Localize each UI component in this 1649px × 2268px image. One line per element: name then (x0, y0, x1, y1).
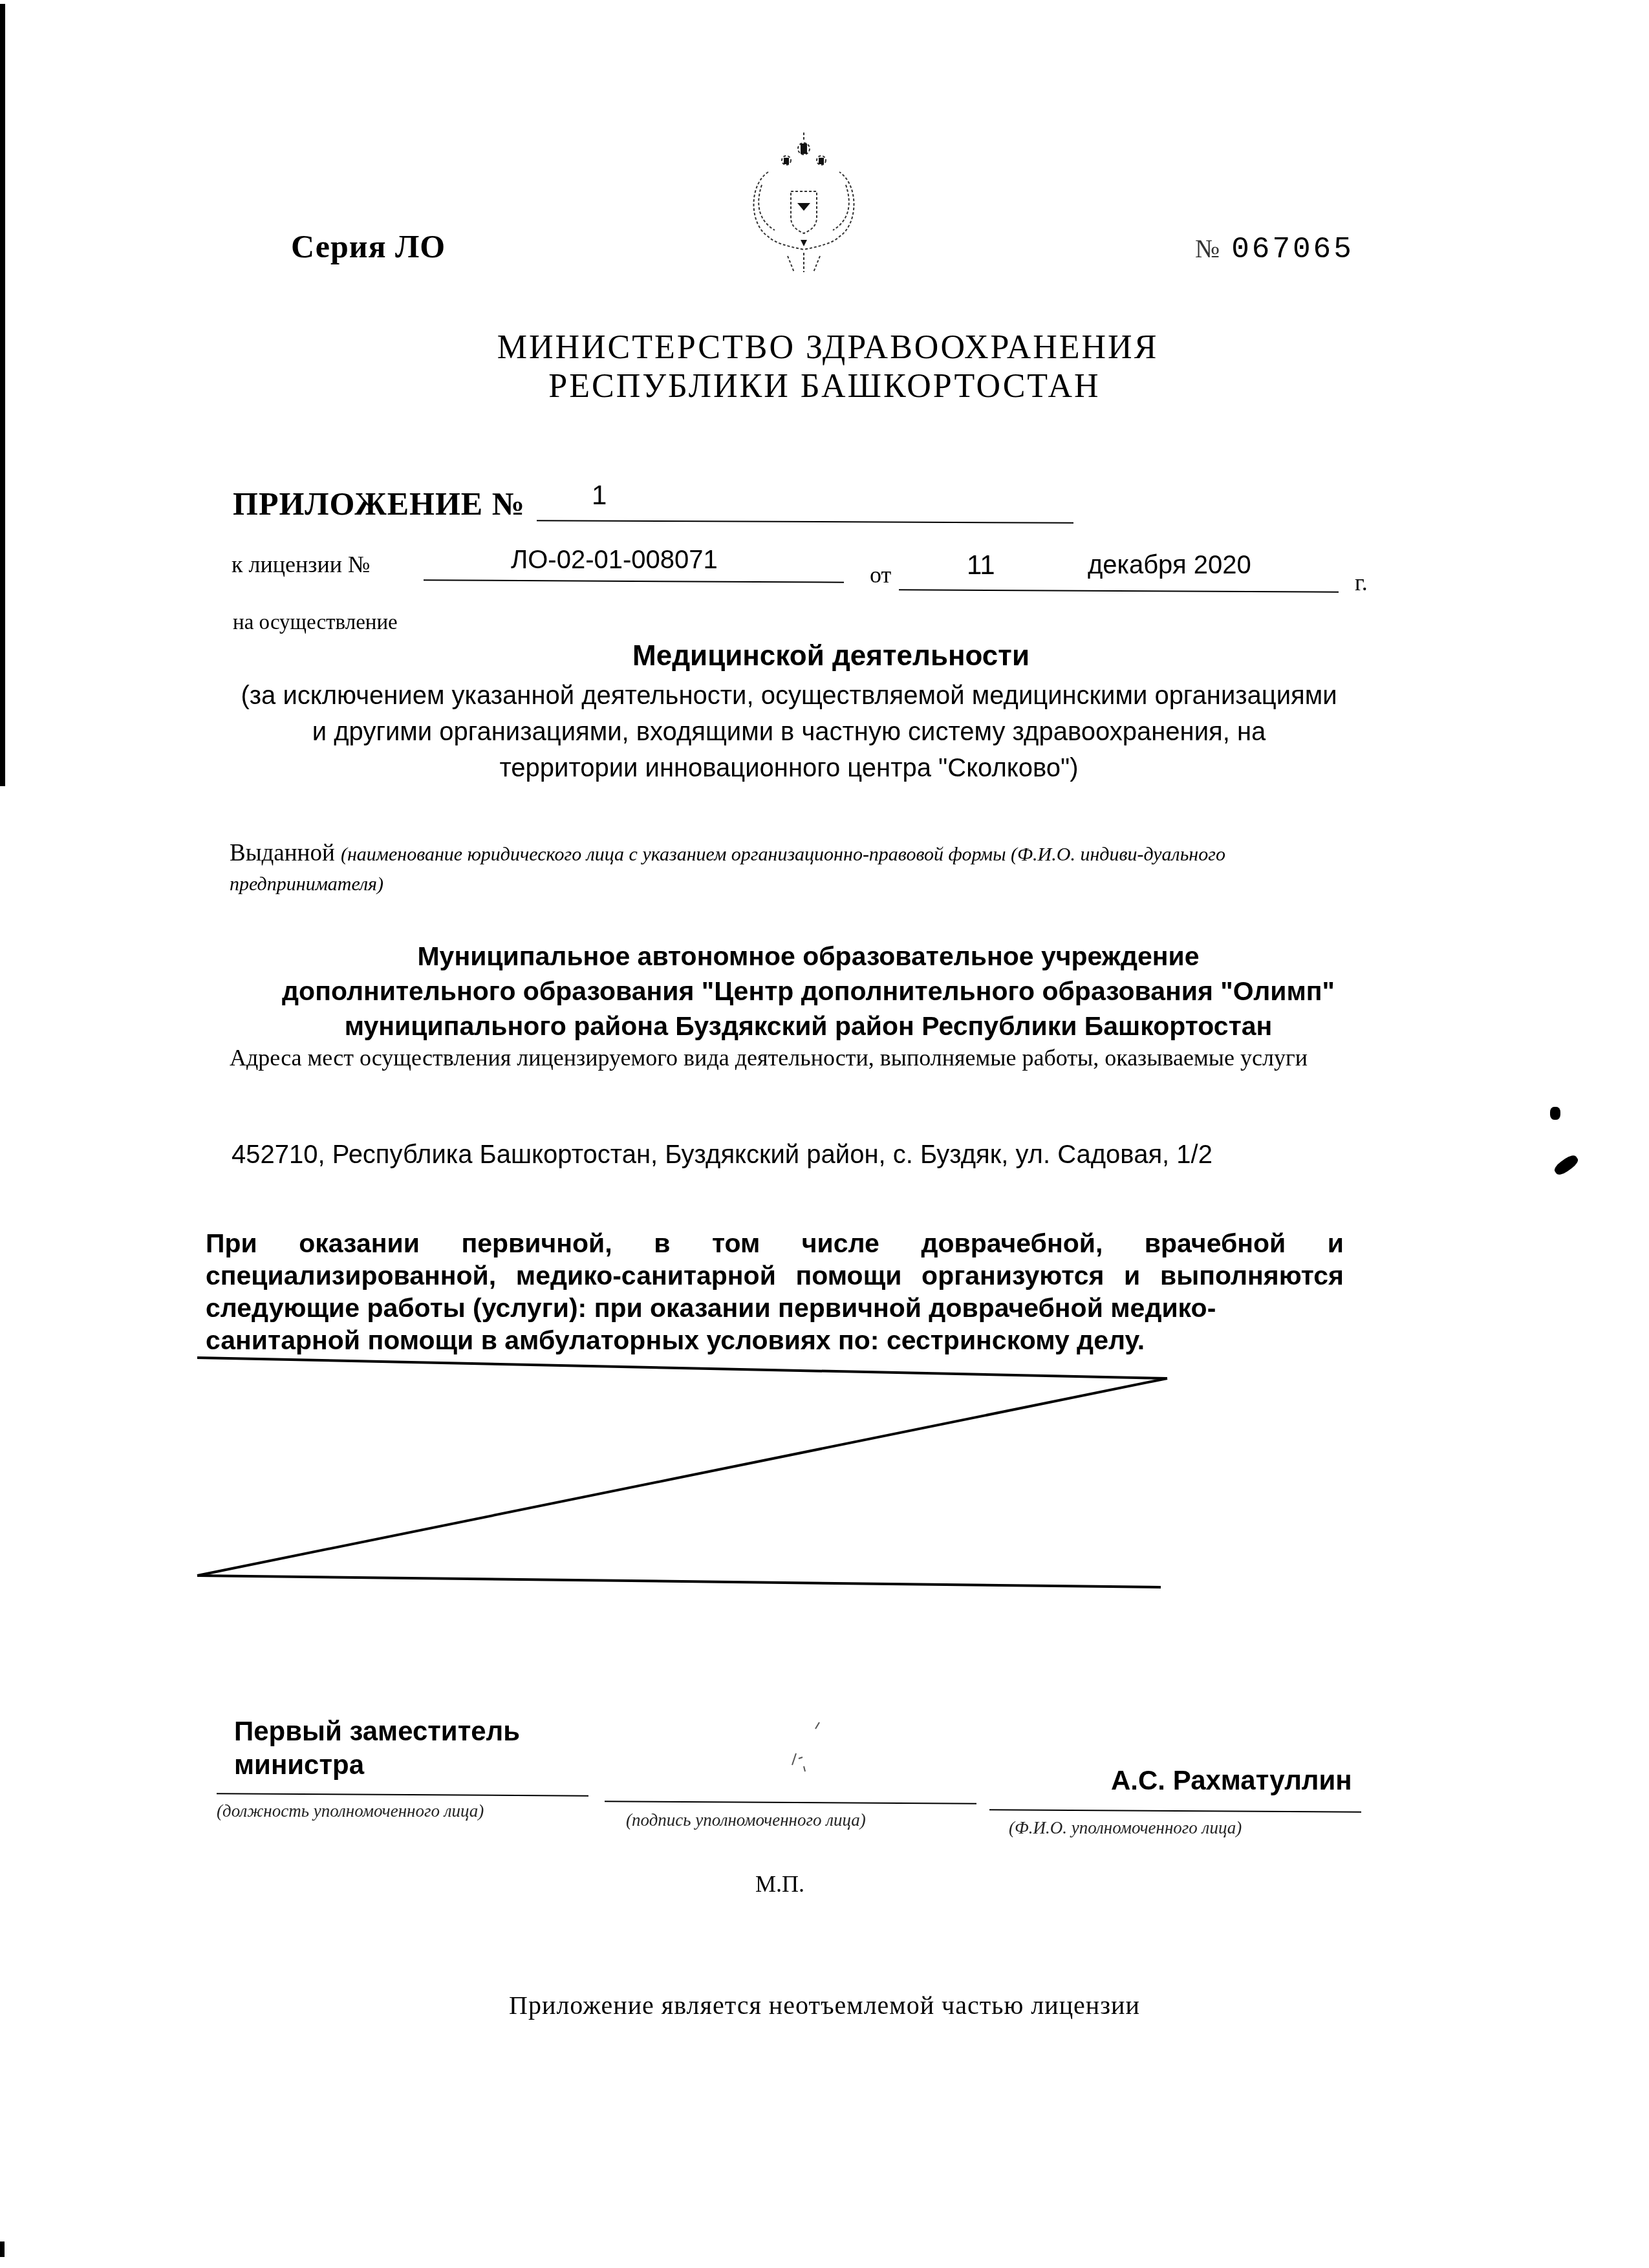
signatory-name: А.С. Рахматуллин (1111, 1765, 1352, 1796)
year-suffix: г. (1355, 569, 1368, 596)
license-date-day: 11 (967, 550, 995, 581)
appendix-underline (537, 520, 1073, 524)
coat-of-arms-icon (729, 127, 878, 275)
issued-to-hint: (наименование юридического лица с указан… (230, 844, 1225, 895)
organization-name-line: дополнительного образования "Центр допол… (220, 974, 1397, 1009)
name-caption: (Ф.И.О. уполномоченного лица) (1009, 1818, 1242, 1838)
issuer-line-1: МИНИСТЕРСТВО ЗДРАВООХРАНЕНИЯ (0, 328, 1649, 367)
activity-title: Медицинской деятельности (0, 640, 1649, 672)
scan-speck (1552, 1153, 1580, 1177)
issuer-title: МИНИСТЕРСТВО ЗДРАВООХРАНЕНИЯ РЕСПУБЛИКИ … (0, 328, 1649, 406)
signature-underline (605, 1801, 976, 1804)
form-number-value: 067065 (1231, 233, 1354, 266)
appendix-number: 1 (592, 480, 607, 511)
signature-caption: (подпись уполномоченного лица) (626, 1810, 866, 1830)
footer-note: Приложение является неотъемлемой частью … (0, 1990, 1649, 2020)
date-underline (899, 589, 1339, 593)
license-underline (424, 579, 844, 583)
series-label: Серия ЛО (291, 228, 446, 265)
organization-name: Муниципальное автономное образовательное… (220, 939, 1397, 1043)
license-number: ЛО-02-01-008071 (511, 546, 718, 575)
license-date-month-year: декабря 2020 (1088, 551, 1251, 580)
activity-label: на осуществление (233, 611, 398, 635)
activity-exclusion-note: (за исключением указанной деятельности, … (207, 678, 1371, 786)
z-strikeout-lines (194, 1345, 1390, 1616)
name-underline (989, 1809, 1361, 1813)
activity-note-line: и другими организациями, входящими в час… (207, 714, 1371, 750)
date-from-label: от (870, 561, 891, 588)
stamp-place-label: М.П. (755, 1870, 804, 1898)
issued-to-label: Выданной (наименование юридического лица… (230, 839, 1381, 899)
issued-to-word: Выданной (230, 840, 335, 866)
signature-mark (766, 1720, 824, 1784)
scan-edge-mark (0, 2241, 5, 2257)
signatory-position-line: министра (234, 1748, 520, 1782)
services-text: При оказании первичной, в том числе довр… (206, 1227, 1344, 1324)
issuer-line-2: РЕСПУБЛИКИ БАШКОРТОСТАН (0, 367, 1649, 406)
appendix-label: ПРИЛОЖЕНИЕ № (233, 485, 525, 522)
addresses-label: Адреса мест осуществления лицензируемого… (230, 1042, 1381, 1073)
services-description: При оказании первичной, в том числе довр… (206, 1227, 1344, 1356)
signatory-position: Первый заместитель министра (234, 1715, 520, 1782)
license-label: к лицензии № (232, 551, 370, 578)
position-underline (217, 1793, 588, 1797)
activity-note-line: территории инновационного центра "Сколко… (207, 750, 1371, 786)
signatory-position-line: Первый заместитель (234, 1715, 520, 1748)
number-sign: № (1195, 234, 1222, 263)
activity-address: 452710, Республика Башкортостан, Буздякс… (232, 1140, 1212, 1170)
form-number: №067065 (1195, 233, 1354, 266)
organization-name-line: Муниципальное автономное образовательное… (220, 939, 1397, 974)
position-caption: (должность уполномоченного лица) (217, 1801, 484, 1821)
activity-note-line: (за исключением указанной деятельности, … (207, 678, 1371, 714)
scan-speck (1550, 1107, 1560, 1120)
organization-name-line: муниципального района Буздякский район Р… (220, 1009, 1397, 1043)
